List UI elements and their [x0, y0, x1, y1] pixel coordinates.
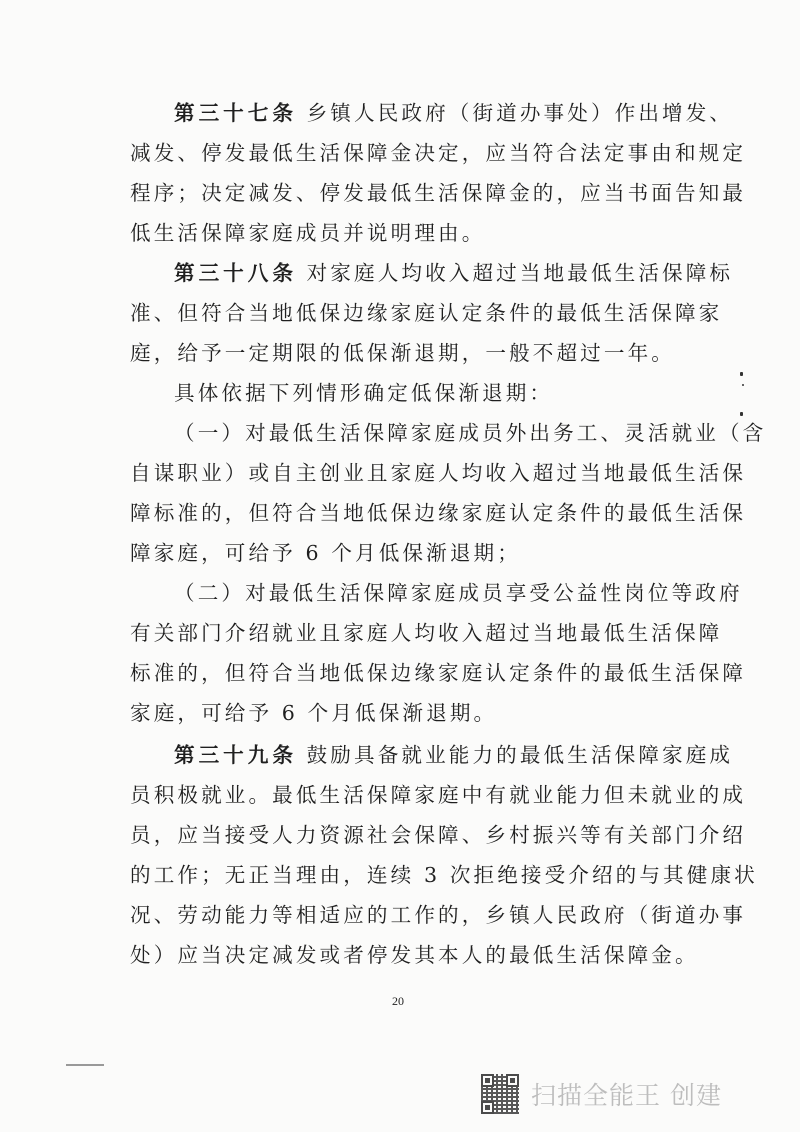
article-heading: 第三十七条: [174, 101, 297, 125]
article-39-line-3: 员，应当接受人力资源社会保障、乡村振兴等有关部门介绍: [130, 815, 746, 855]
scan-mark: [740, 412, 743, 416]
article-39-line-6: 处）应当决定减发或者停发其本人的最低生活保障金。: [130, 935, 699, 975]
article-39-line-1: 第三十九条 鼓励具备就业能力的最低生活保障家庭成: [174, 735, 733, 775]
article-37-line-4: 低生活保障家庭成员并说明理由。: [130, 213, 485, 253]
watermark-text: 扫描全能王 创建: [531, 1076, 722, 1112]
clause-1-line-1: （一）对最低生活保障家庭成员外出务工、灵活就业（含: [174, 413, 766, 453]
article-39-line-4: 的工作；无正当理由，连续 3 次拒绝接受介绍的与其健康状: [130, 855, 758, 895]
article-38-line-3: 庭，给予一定期限的低保渐退期，一般不超过一年。: [130, 333, 675, 373]
line-text: 乡镇人民政府（街道办事处）作出增发、: [297, 101, 733, 125]
article-heading: 第三十九条: [174, 743, 297, 767]
clause-2-line-1: （二）对最低生活保障家庭成员享受公益性岗位等政府: [174, 573, 743, 613]
clause-1-line-2: 自谋职业）或自主创业且家庭人均收入超过当地最低生活保: [130, 453, 746, 493]
footnote-rule: [66, 1064, 104, 1066]
article-39-line-5: 况、劳动能力等相适应的工作的，乡镇人民政府（街道办事: [130, 895, 746, 935]
clause-1-line-4: 障家庭，可给予 6 个月低保渐退期；: [130, 533, 521, 573]
scan-mark: [740, 372, 743, 376]
scan-mark: [742, 384, 744, 386]
page-number: 20: [392, 994, 404, 1009]
clause-1-line-3: 障标准的，但符合当地低保边缘家庭认定条件的最低生活保: [130, 493, 746, 533]
clause-2-line-4: 家庭，可给予 6 个月低保渐退期。: [130, 693, 497, 733]
article-38-line-2: 准、但符合当地低保边缘家庭认定条件的最低生活保障家: [130, 293, 722, 333]
article-37-line-3: 程序；决定减发、停发最低生活保障金的，应当书面告知最: [130, 173, 746, 213]
clause-2-line-3: 标准的，但符合当地低保边缘家庭认定条件的最低生活保障: [130, 653, 746, 693]
qr-code-icon: [481, 1074, 519, 1114]
scanner-watermark: 扫描全能王 创建: [481, 1074, 722, 1114]
article-38-line-4: 具体依据下列情形确定低保渐退期：: [174, 373, 553, 413]
line-text: 对家庭人均收入超过当地最低生活保障标: [297, 261, 733, 285]
line-text: 鼓励具备就业能力的最低生活保障家庭成: [297, 743, 733, 767]
article-38-line-1: 第三十八条 对家庭人均收入超过当地最低生活保障标: [174, 253, 733, 293]
article-37-line-2: 减发、停发最低生活保障金决定，应当符合法定事由和规定: [130, 133, 746, 173]
article-heading: 第三十八条: [174, 261, 297, 285]
clause-2-line-2: 有关部门介绍就业且家庭人均收入超过当地最低生活保障: [130, 613, 722, 653]
article-39-line-2: 员积极就业。最低生活保障家庭中有就业能力但未就业的成: [130, 775, 746, 815]
article-37-line-1: 第三十七条 乡镇人民政府（街道办事处）作出增发、: [174, 93, 733, 133]
document-page: 第三十七条 乡镇人民政府（街道办事处）作出增发、 减发、停发最低生活保障金决定，…: [0, 0, 800, 1132]
